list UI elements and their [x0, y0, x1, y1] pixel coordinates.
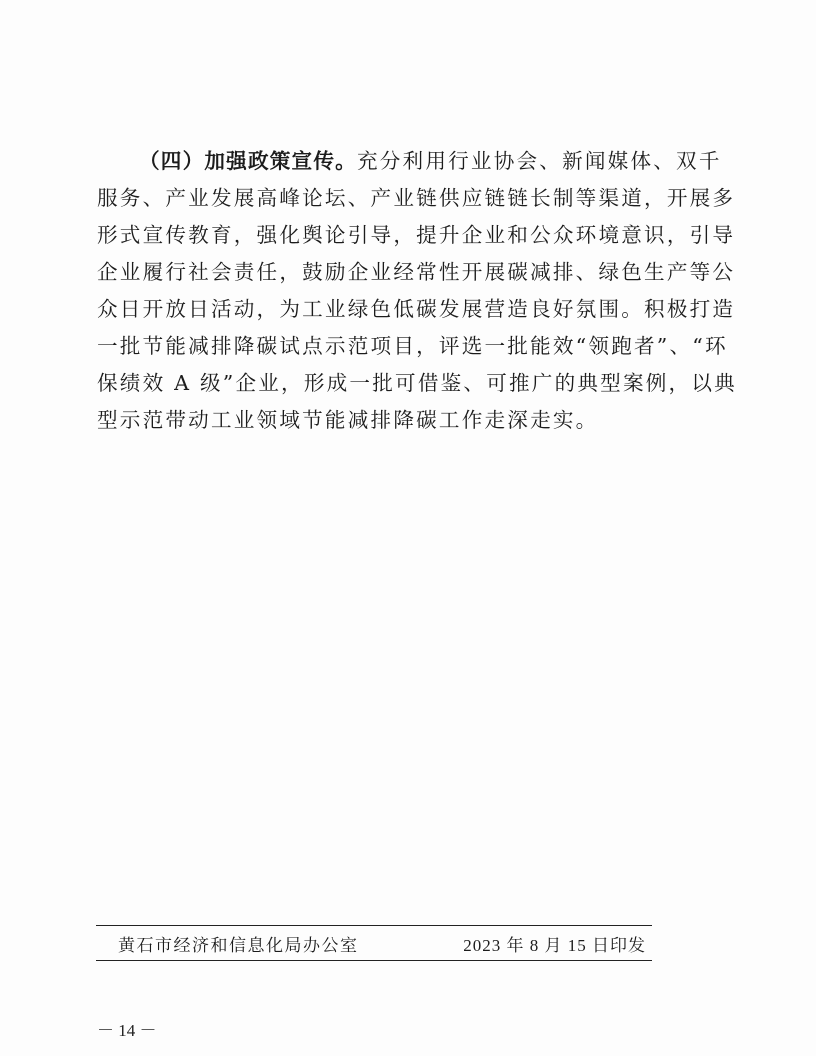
- issuing-office: 黄石市经济和信息化局办公室: [118, 931, 359, 956]
- page-number: － 14 －: [97, 1016, 157, 1041]
- paragraph-line: 一批节能减排降碳试点示范项目，评选一批能效“领跑者”、“环: [97, 328, 689, 365]
- paragraph-line: 型示范带动工业领域节能减排降碳工作走深走实。: [97, 402, 689, 439]
- issue-date: 2023 年 8 月 15 日印发: [463, 931, 646, 956]
- paragraph-line: （四）加强政策宣传。充分利用行业协会、新闻媒体、双千: [97, 143, 689, 180]
- paragraph-line: 众日开放日活动，为工业绿色低碳发展营造良好氛围。积极打造: [97, 291, 689, 328]
- footer-top-rule: [96, 925, 652, 926]
- document-page: （四）加强政策宣传。充分利用行业协会、新闻媒体、双千 服务、产业发展高峰论坛、产…: [0, 0, 816, 1056]
- paragraph-line: 服务、产业发展高峰论坛、产业链供应链链长制等渠道，开展多: [97, 180, 689, 217]
- paragraph-line: 保绩效 A 级”企业，形成一批可借鉴、可推广的典型案例，以典: [97, 365, 689, 402]
- policy-paragraph: （四）加强政策宣传。充分利用行业协会、新闻媒体、双千 服务、产业发展高峰论坛、产…: [97, 143, 689, 439]
- paragraph-text: 充分利用行业协会、新闻媒体、双千: [357, 149, 722, 173]
- paragraph-line: 形式宣传教育，强化舆论引导，提升企业和公众环境意识，引导: [97, 217, 689, 254]
- footer-bottom-rule: [96, 960, 652, 961]
- section-heading: （四）加强政策宣传。: [139, 149, 357, 173]
- paragraph-line: 企业履行社会责任，鼓励企业经常性开展碳减排、绿色生产等公: [97, 254, 689, 291]
